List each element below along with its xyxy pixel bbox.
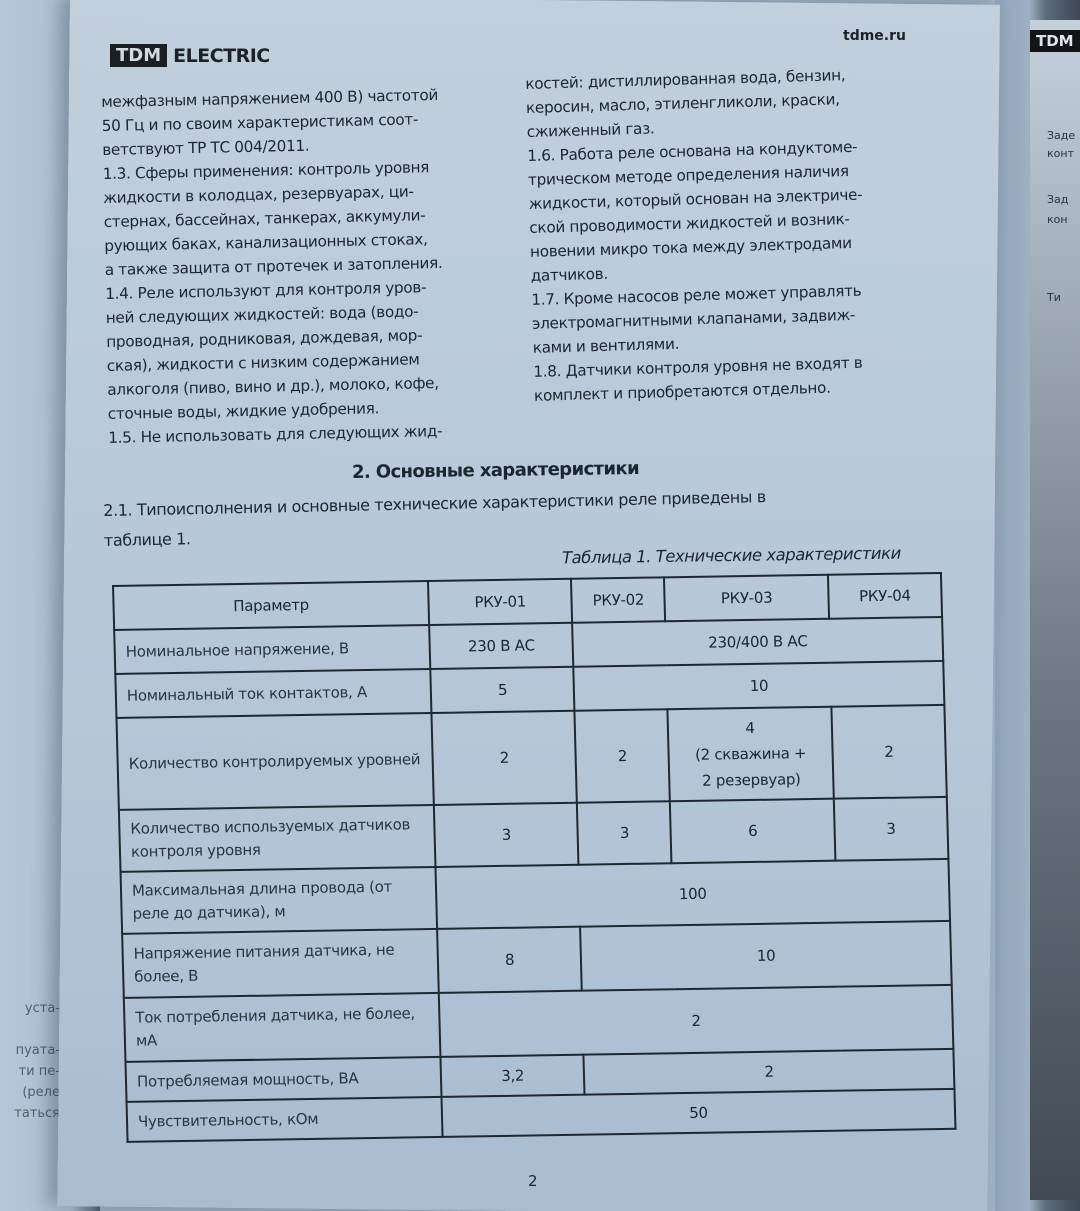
left-column-text: межфазным напряжением 400 В) частотой 50… <box>101 82 508 450</box>
value-cell: 3,2 <box>440 1055 584 1097</box>
param-cell: Потребляемая мощность, ВА <box>125 1057 441 1102</box>
value-cell: 230 В АС <box>429 623 574 669</box>
header-rku-02: РКУ-02 <box>571 577 665 622</box>
left-page-line <box>0 1019 60 1040</box>
header-rku-04: РКУ-04 <box>828 573 942 619</box>
param-cell: Максимальная длина провода (от реле до д… <box>121 867 438 934</box>
value-cell: 2 <box>831 705 947 799</box>
value-line: 2 резервуар) <box>680 766 822 794</box>
value-line: (2 скважина + <box>680 740 822 768</box>
value-cell: 2 <box>584 1049 955 1095</box>
right-page-fragment: Зад <box>1047 192 1068 208</box>
value-cell: 8 <box>437 927 582 993</box>
specifications-table: Параметр РКУ-01 РКУ-02 РКУ-03 РКУ-04 Ном… <box>112 572 957 1143</box>
adjacent-left-page-text: уста- пуата- ти пе- (реле таться <box>0 998 60 1124</box>
value-cell: 2 <box>431 711 577 805</box>
website-url: tdme.ru <box>843 28 906 44</box>
value-cell: 3 <box>434 803 579 867</box>
right-page-fragment: кон <box>1047 212 1068 228</box>
param-cell: Напряжение питания датчика, не более, В <box>122 929 439 998</box>
value-cell-multiline: 4 (2 скважина + 2 резервуар) <box>668 707 834 802</box>
value-cell: 3 <box>834 797 949 861</box>
left-page-line: (реле <box>0 1082 60 1103</box>
value-cell: 100 <box>436 859 951 929</box>
value-cell: 2 <box>439 985 954 1057</box>
value-cell: 50 <box>442 1089 956 1137</box>
right-column-text: костей: дистиллированная вода, бензин, к… <box>525 61 944 408</box>
value-cell: 3 <box>577 801 672 864</box>
left-page-line: таться <box>0 1103 60 1124</box>
header-rku-03: РКУ-03 <box>664 575 829 622</box>
value-cell: 2 <box>575 709 670 802</box>
value-cell: 10 <box>580 921 951 991</box>
left-page-line: ти пе- <box>0 1061 60 1082</box>
value-cell: 5 <box>430 667 575 713</box>
param-cell: Номинальное напряжение, В <box>114 625 430 674</box>
table-row: Количество контролируемых уровней 2 2 4 … <box>116 705 946 810</box>
param-cell: Количество используемых датчиков контрол… <box>119 805 436 872</box>
right-page-fragment: конт <box>1047 146 1074 162</box>
value-cell: 6 <box>670 799 835 864</box>
value-line: 4 <box>679 714 821 742</box>
logo-mark: TDM <box>110 44 167 67</box>
adjacent-page-logo: TDM <box>1030 30 1080 52</box>
brand-header: TDM ELECTRIC <box>110 44 270 67</box>
right-page-fragment: Заде <box>1047 128 1075 144</box>
section-title: 2. Основные характеристики <box>352 458 639 483</box>
left-page-line: уста- <box>0 998 60 1019</box>
left-page-line: пуата- <box>0 1040 60 1061</box>
param-cell: Чувствительность, кОм <box>127 1097 443 1142</box>
param-cell: Номинальный ток контактов, А <box>115 669 431 718</box>
header-parameter: Параметр <box>113 581 429 630</box>
logo-text: ELECTRIC <box>173 45 270 67</box>
page-number: 2 <box>528 1172 538 1190</box>
value-cell: 10 <box>574 661 945 711</box>
header-rku-01: РКУ-01 <box>428 579 573 625</box>
param-cell: Количество контролируемых уровней <box>116 713 433 810</box>
param-cell: Ток потребления датчика, не более, мА <box>124 993 441 1062</box>
value-cell: 230/400 В АС <box>573 617 944 667</box>
right-page-fragment: Ти <box>1047 290 1061 306</box>
